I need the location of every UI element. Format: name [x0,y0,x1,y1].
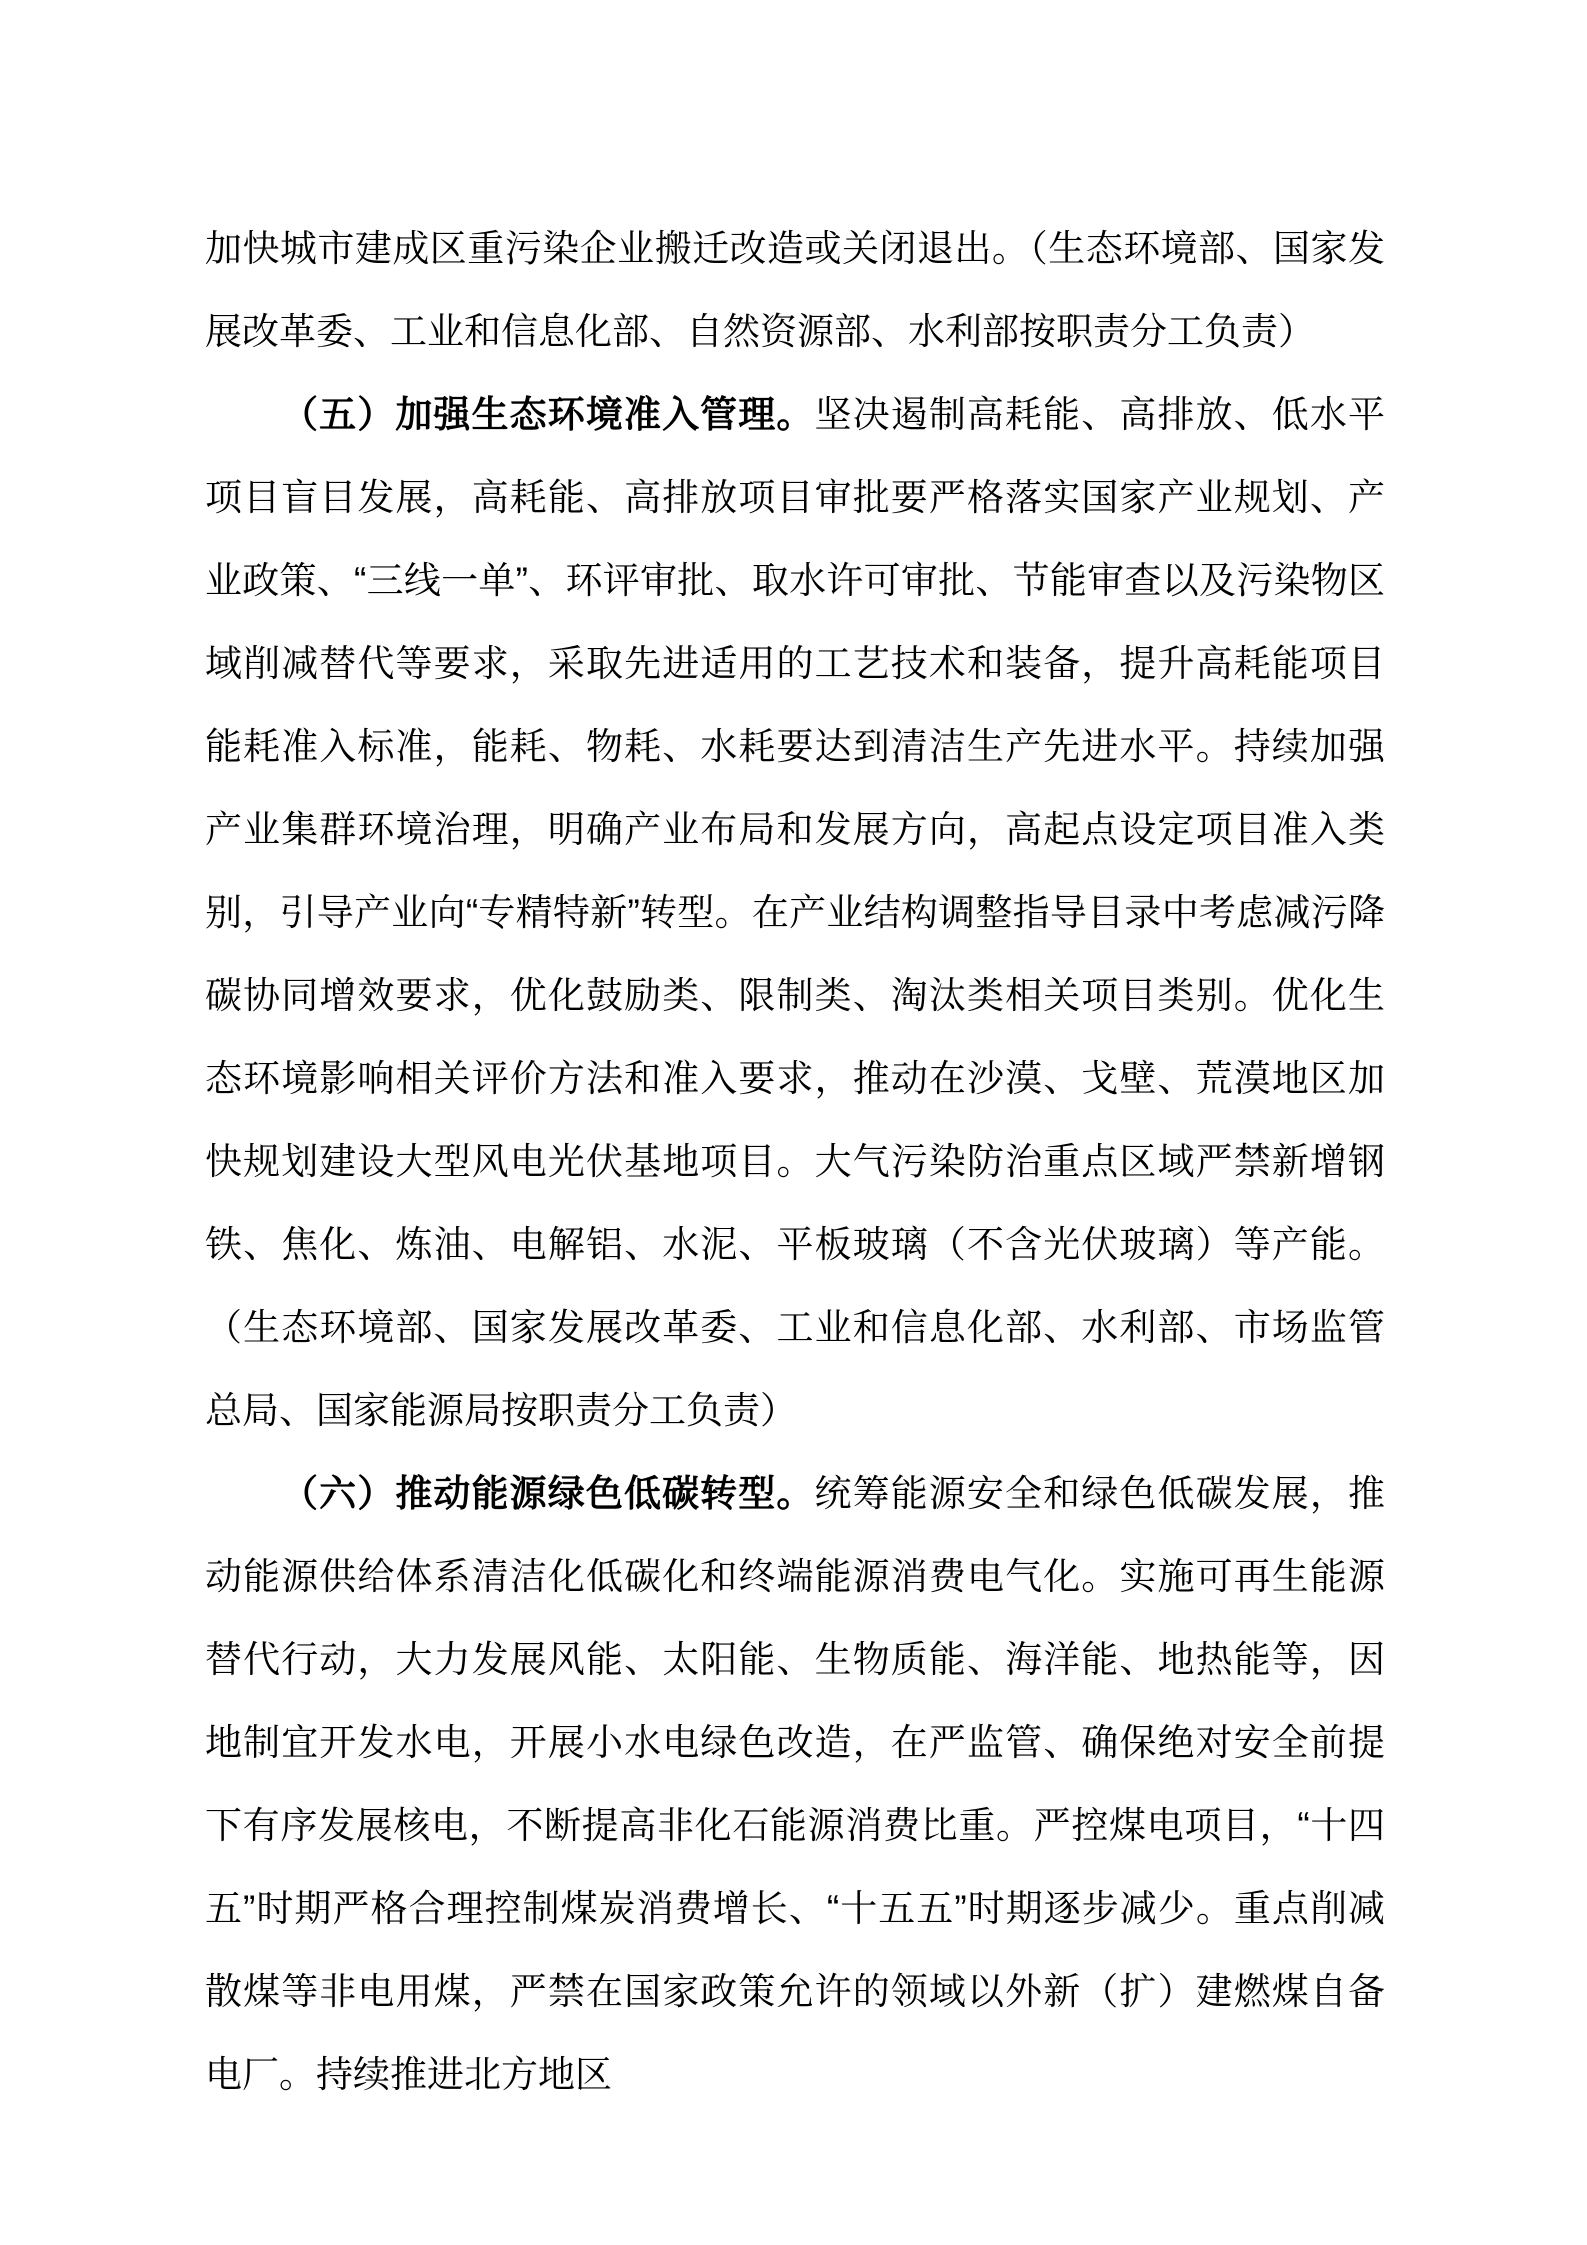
paragraph-continuation: 加快城市建成区重污染企业搬迁改造或关闭退出。（生态环境部、国家发展改革委、工业和… [205,207,1385,373]
section-6-heading: （六）推动能源绿色低碳转型。 [281,1473,815,1514]
paragraph-text: 坚决遏制高耗能、高排放、低水平项目盲目发展，高耗能、高排放项目审批要严格落实国家… [205,394,1385,1431]
paragraph-section-5: （五）加强生态环境准入管理。坚决遏制高耗能、高排放、低水平项目盲目发展，高耗能、… [205,373,1385,1452]
paragraph-section-6: （六）推动能源绿色低碳转型。统筹能源安全和绿色低碳发展，推动能源供给体系清洁化低… [205,1452,1385,2116]
document-body: 加快城市建成区重污染企业搬迁改造或关闭退出。（生态环境部、国家发展改革委、工业和… [205,207,1385,2116]
document-page: 加快城市建成区重污染企业搬迁改造或关闭退出。（生态环境部、国家发展改革委、工业和… [0,0,1587,2245]
paragraph-text: 加快城市建成区重污染企业搬迁改造或关闭退出。（生态环境部、国家发展改革委、工业和… [205,228,1385,352]
paragraph-text: 统筹能源安全和绿色低碳发展，推动能源供给体系清洁化低碳化和终端能源消费电气化。实… [205,1473,1385,2095]
section-5-heading: （五）加强生态环境准入管理。 [281,394,815,435]
